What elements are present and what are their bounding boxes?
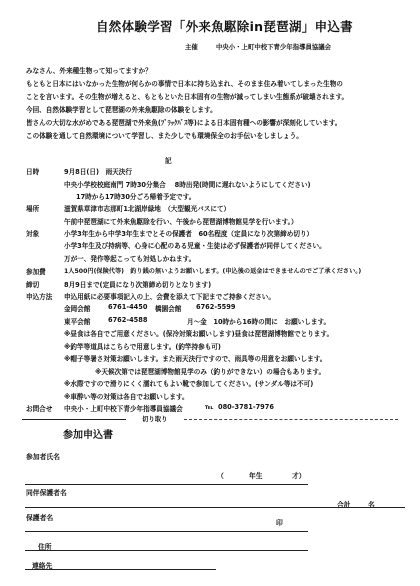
page-title: 自然体験学習「外来魚駆除in琵琶湖」申込書 xyxy=(96,17,353,35)
datetime-label: 日時 xyxy=(26,166,39,176)
participant-label: 参加者氏名 xyxy=(26,451,60,461)
form-title: 参加申込書 xyxy=(63,426,113,441)
place-value: 滋賀県草津市志那町1北湖岸緑地 （大型観光バスにて） xyxy=(64,203,230,213)
contact-label: お問合せ xyxy=(26,403,52,413)
target-label: 対象 xyxy=(26,228,39,238)
deadline-label: 締切 xyxy=(26,279,39,289)
cut-line-right xyxy=(184,419,398,420)
target-note: 小学3年生及び持病等、心身に心配のある児童・生徒は必ず保護者が同伴してください。 xyxy=(64,240,326,250)
note: ※帽子等暑さ対策お願いします。また雨天決行ですので、雨具等の用意をお願いします。 xyxy=(64,353,326,363)
datetime-return: 17時から17時30分ごろ帰着予定です。 xyxy=(76,191,195,201)
contact-field[interactable] xyxy=(25,569,216,570)
apply-label: 申込方法 xyxy=(26,291,52,301)
datetime-value: 9月8日(日) 雨天決行 xyxy=(64,166,132,176)
organizer-name: 中央小・上町中校下青少年指導員協議会 xyxy=(216,43,331,51)
companion-label: 同伴保護者名 xyxy=(26,487,67,497)
target-note: 万が一、発作等起こっても対処しかねます。 xyxy=(64,253,195,263)
target-value: 小学3年生から中学3年生までとその保護者 60名程度（定員になり次第締め切り） xyxy=(64,228,313,238)
intro-line: みなさん、外来種生物って知ってますか？ xyxy=(26,65,152,75)
place-note: 午前中琵琶湖にて外来魚駆除を行い、午後から琵琶湖博物館見学を行います。） xyxy=(64,216,298,226)
place-label: 場所 xyxy=(26,203,39,213)
participant-name-field[interactable] xyxy=(25,484,308,485)
venue-name: 橋園会館 xyxy=(155,303,181,313)
intro-line: 皆さんの大切な水がめである琵琶湖で外来魚(ﾌﾞﾗｯｸﾊﾞｽ等)による日本固有種へ… xyxy=(26,117,341,127)
note: ※水際ですので滑りにくく濡れてもよい靴で参加してください。(サンダル等は不可) xyxy=(64,378,313,388)
cut-line-label: 切り取り xyxy=(142,415,168,423)
venue-name: 金岡会館 xyxy=(64,303,90,313)
note: ※車酔い等の対策は各自でお願いします。 xyxy=(64,391,189,401)
venue-tel: 6762-4588 xyxy=(108,316,147,324)
deadline-value: 8月9日まで(定員になり次第締め切りとなります) xyxy=(64,279,211,289)
ki-heading: 記 xyxy=(165,155,172,165)
intro-line: もともと日本にはいなかった生物が何らかの事情で日本に持ち込まれ、そのまま住み着い… xyxy=(26,78,343,88)
guardian-label: 保護者名 xyxy=(26,512,53,522)
venue-tel: 6762-5599 xyxy=(196,303,235,311)
note: ※昼食は各自でご用意ください。(保冷対策お願いします)昼食は琵琶湖博物館でとりま… xyxy=(64,328,333,338)
intro-line: 今回、自然体験学習として琵琶湖の外来魚駆除の体験をします。 xyxy=(26,104,217,114)
contact-org: 中央小・上町中校下青少年指導員協議会 xyxy=(64,403,183,413)
companion-name-field[interactable] xyxy=(25,507,405,508)
fee-label: 参加費 xyxy=(26,266,46,276)
contact-tel: 080-3781-7976 xyxy=(218,403,274,411)
grade-label: 年生 xyxy=(249,470,263,480)
age-label: 才） xyxy=(292,470,306,480)
cut-line-left xyxy=(22,419,126,420)
address-field[interactable] xyxy=(25,550,308,551)
intro-line: ことを言います。その生物が増えると、もともといた日本固有の生物が減ってしまい生態… xyxy=(26,91,348,101)
venue-tel: 6761-4450 xyxy=(108,303,147,311)
venue-name: 東平会館 xyxy=(64,316,90,326)
grade-open: （ xyxy=(217,470,224,480)
intro-line: この体験を通して自然環境について学習し、また少しでも環境保全のお手伝いをしましょ… xyxy=(26,130,303,140)
apply-value: 申込用紙に必要事項記入の上、会費を添えて下記までご持参ください。 xyxy=(64,291,275,301)
organizer-label: 主催 xyxy=(185,43,198,51)
note: ※釣竿等道具はこちらで用意します。(釣竿持参も可) xyxy=(64,341,221,351)
apply-hours: 月～金 10時から16時の間に お願いします。 xyxy=(187,316,330,326)
fee-value: 1人500円(保険代等) 釣り銭の無いようお願いします。(申込後の返金はできませ… xyxy=(64,266,361,275)
note: ※天候次第では琵琶湖博物館見学のみ（釣りができない）の場合もあります。 xyxy=(95,366,325,376)
datetime-meeting: 中央小学校校庭南門 7時30分集合 8時出発(時間に遅れないようにしてください) xyxy=(64,179,311,189)
phone-icon: ℡ xyxy=(205,403,213,411)
seal-label: 印 xyxy=(276,517,283,527)
guardian-name-field[interactable] xyxy=(25,531,308,532)
